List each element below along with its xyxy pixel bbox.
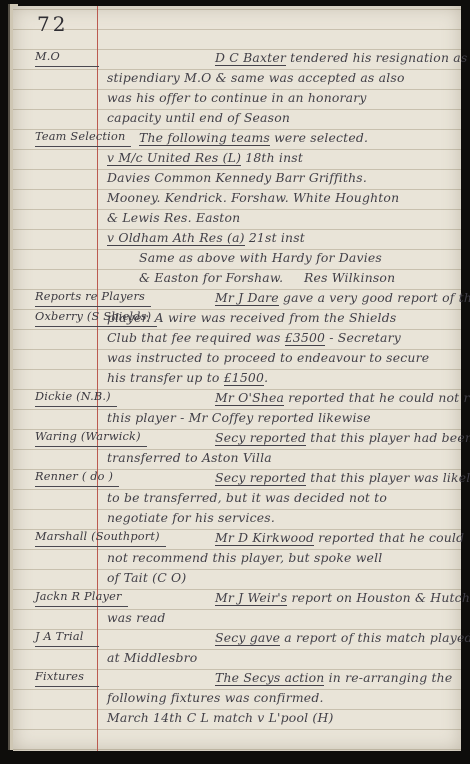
text-segment: 21st inst [245,230,305,245]
underlined-phrase: Secy gave [215,630,280,646]
ledger-line: transferred to Aston Villa [99,448,461,468]
ledger-line: J A TrialSecy gave a report of this matc… [99,628,461,648]
underlined-phrase: The Secys action [215,670,324,686]
entry-text: not recommend this player, but spoke wel… [99,550,382,565]
text-segment: reported that he could not recommend [284,390,470,405]
ledger-line: of Tait (C O) [99,568,461,588]
entry-text: of Tait (C O) [99,570,186,585]
text-segment: was his offer to continue in an honorary [107,90,367,105]
margin-heading: Oxberry (S Shields) [35,308,157,327]
page-number: 72 [37,12,68,36]
text-segment: not recommend this player, but spoke wel… [107,550,382,565]
entry-text: was read [99,610,165,625]
ledger-line: v Oldham Ath Res (a) 21st inst [99,228,461,248]
text-segment: was read [107,610,165,625]
text-segment: transferred to Aston Villa [107,450,272,465]
text-segment: that this player had been [306,430,470,445]
entry-text: & Easton for Forshaw. Res Wilkinson [99,270,395,285]
text-segment: at Middlesbro [107,650,197,665]
entry-text: his transfer up to £1500. [99,370,268,385]
entry-text: was his offer to continue in an honorary [99,90,367,105]
text-segment: negotiate for his services. [107,510,275,525]
margin-heading: Renner ( do ) [35,468,119,487]
underlined-phrase: The following teams [139,130,270,146]
underlined-phrase: Secy reported [215,470,306,486]
margin-heading: Team Selection [35,128,131,147]
entry-text: to be transferred, but it was decided no… [99,490,387,505]
underlined-phrase: Mr J Dare [215,290,279,306]
text-segment: capacity until end of Season [107,110,290,125]
entry-text: Secy gave a report of this match played [99,630,470,645]
text-segment: & Easton for Forshaw. Res Wilkinson [139,270,395,285]
underlined-phrase: v M/c United Res (L) [107,150,241,166]
ledger-line: was his offer to continue in an honorary [99,88,461,108]
text-segment: . [264,370,268,385]
entry-text: Club that fee required was £3500 - Secre… [99,330,401,345]
underlined-phrase: D C Baxter [215,50,286,66]
ledger-line: & Easton for Forshaw. Res Wilkinson [99,268,461,288]
entry-text: at Middlesbro [99,650,197,665]
ledger-line: was read [99,608,461,628]
margin-heading: Waring (Warwick) [35,428,147,447]
text-segment: tendered his resignation as [286,50,467,65]
underlined-phrase: Mr O'Shea [215,390,284,406]
entry-text: March 14th C L match v L'pool (H) [99,710,333,725]
text-segment: reported that he could [314,530,464,545]
entry-text: negotiate for his services. [99,510,275,525]
margin-heading: Dickie (N.B.) [35,388,117,407]
text-segment: a report of this match played [280,630,470,645]
text-segment: stipendiary M.O & same was accepted as a… [107,70,405,85]
ledger-lines: M.OD C Baxter tendered his resignation a… [13,48,461,728]
entry-text: The Secys action in re-arranging the [99,670,452,685]
ledger-line: Davies Common Kennedy Barr Griffiths. [99,168,461,188]
underlined-phrase: v Oldham Ath Res (a) [107,230,245,246]
ledger-line: Dickie (N.B.)Mr O'Shea reported that he … [99,388,461,408]
ledger-line: following fixtures was confirmed. [99,688,461,708]
text-segment: March 14th C L match v L'pool (H) [107,710,333,725]
margin-heading: Reports re Players [35,288,151,307]
ledger-line: M.OD C Baxter tendered his resignation a… [99,48,461,68]
ledger-line: negotiate for his services. [99,508,461,528]
photo-background: 72 M.OD C Baxter tendered his resignatio… [0,0,470,764]
entry-text: stipendiary M.O & same was accepted as a… [99,70,405,85]
entry-text: following fixtures was confirmed. [99,690,324,705]
ledger-page: 72 M.OD C Baxter tendered his resignatio… [13,6,461,751]
ledger-line: Club that fee required was £3500 - Secre… [99,328,461,348]
ledger-line: stipendiary M.O & same was accepted as a… [99,68,461,88]
ledger-line: was instructed to proceed to endeavour t… [99,348,461,368]
margin-heading: Jackn R Player [35,588,128,607]
underlined-phrase: Mr D Kirkwood [215,530,314,546]
entry-text: The following teams were selected. [99,130,368,145]
entry-text: D C Baxter tendered his resignation as [99,50,467,65]
entry-text: Mooney. Kendrick. Forshaw. White Houghto… [99,190,399,205]
text-segment: his transfer up to [107,370,224,385]
ledger-line: v M/c United Res (L) 18th inst [99,148,461,168]
ledger-line: FixturesThe Secys action in re-arranging… [99,668,461,688]
ledger-line: Team SelectionThe following teams were s… [99,128,461,148]
text-segment: that this player was likely [306,470,470,485]
ledger-line: at Middlesbro [99,648,461,668]
text-segment: were selected. [270,130,368,145]
ledger-line: Reports re PlayersMr J Dare gave a very … [99,288,461,308]
entry-text: Mr O'Shea reported that he could not rec… [99,390,470,405]
entry-text: transferred to Aston Villa [99,450,272,465]
entry-text: Same as above with Hardy for Davies [99,250,382,265]
margin-heading: Fixtures [35,668,99,687]
entry-text: capacity until end of Season [99,110,290,125]
entry-text: Davies Common Kennedy Barr Griffiths. [99,170,367,185]
text-segment: this player - Mr Coffey reported likewis… [107,410,371,425]
text-segment: Davies Common Kennedy Barr Griffiths. [107,170,367,185]
text-segment: Club that fee required was [107,330,285,345]
text-segment: gave a very good report of this [279,290,470,305]
entry-text: Secy reported that this player had been [99,430,470,445]
entry-text: Secy reported that this player was likel… [99,470,470,485]
text-segment: in re-arranging the [324,670,452,685]
entry-text: Mr J Weir's report on Houston & Hutchins… [99,590,470,605]
ledger-line: Renner ( do )Secy reported that this pla… [99,468,461,488]
text-segment: 18th inst [241,150,303,165]
ledger-line: his transfer up to £1500. [99,368,461,388]
ledger-line: not recommend this player, but spoke wel… [99,548,461,568]
ledger-line: this player - Mr Coffey reported likewis… [99,408,461,428]
entry-text: this player - Mr Coffey reported likewis… [99,410,371,425]
underlined-phrase: £1500 [224,370,264,386]
ledger-line: Oxberry (S Shields)player. A wire was re… [99,308,461,328]
ledger-line: to be transferred, but it was decided no… [99,488,461,508]
ledger-line: Waring (Warwick)Secy reported that this … [99,428,461,448]
ledger-line: Same as above with Hardy for Davies [99,248,461,268]
ledger-line: Marshall (Southport)Mr D Kirkwood report… [99,528,461,548]
entry-text: v Oldham Ath Res (a) 21st inst [99,230,305,245]
text-segment: following fixtures was confirmed. [107,690,324,705]
text-segment: to be transferred, but it was decided no… [107,490,387,505]
entry-text: was instructed to proceed to endeavour t… [99,350,429,365]
text-segment: Same as above with Hardy for Davies [139,250,382,265]
underlined-phrase: Secy reported [215,430,306,446]
ledger-line: Jackn R PlayerMr J Weir's report on Hous… [99,588,461,608]
underlined-phrase: Mr J Weir's [215,590,287,606]
entry-text: Mr J Dare gave a very good report of thi… [99,290,470,305]
ledger-line: Mooney. Kendrick. Forshaw. White Houghto… [99,188,461,208]
ledger-line: & Lewis Res. Easton [99,208,461,228]
text-segment: & Lewis Res. Easton [107,210,240,225]
margin-heading: Marshall (Southport) [35,528,166,547]
underlined-phrase: £3500 [285,330,325,346]
margin-heading: M.O [35,48,99,67]
entry-text: v M/c United Res (L) 18th inst [99,150,303,165]
text-segment: report on Houston & Hutchinson [287,590,470,605]
ledger-line: capacity until end of Season [99,108,461,128]
text-segment: was instructed to proceed to endeavour t… [107,350,429,365]
text-segment: - Secretary [325,330,401,345]
text-segment: Mooney. Kendrick. Forshaw. White Houghto… [107,190,399,205]
text-segment: of Tait (C O) [107,570,186,585]
margin-heading: J A Trial [35,628,99,647]
entry-text: & Lewis Res. Easton [99,210,240,225]
ledger-line: March 14th C L match v L'pool (H) [99,708,461,728]
